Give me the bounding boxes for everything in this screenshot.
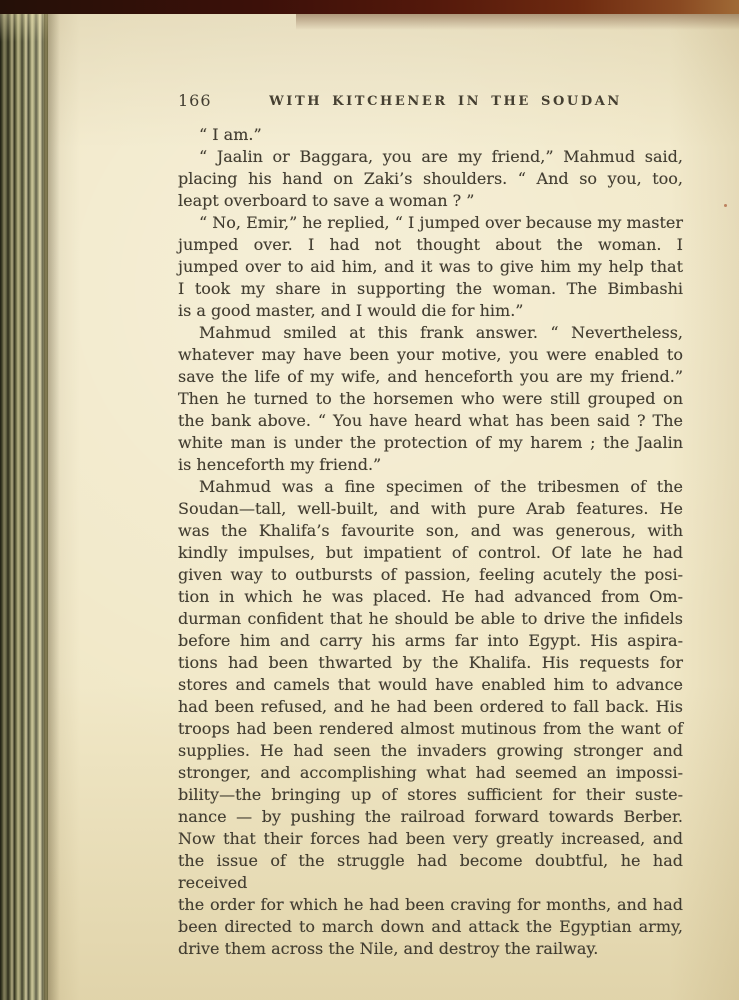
text-line: stronger, and accomplishing what had see… (178, 762, 683, 784)
text-line: troops had been rendered almost mutinous… (178, 718, 683, 740)
text-line: Mahmud smiled at this frank answer. “ Ne… (178, 322, 683, 344)
text-block: “ I am.”“ Jaalin or Baggara, you are my … (178, 124, 683, 960)
text-line: supplies. He had seen the invaders growi… (178, 740, 683, 762)
text-line: leapt overboard to save a woman ? ” (178, 190, 683, 212)
text-line: Mahmud was a fine specimen of the tribes… (178, 476, 683, 498)
text-line: is henceforth my friend.” (178, 454, 683, 476)
text-line: nance — by pushing the railroad forward … (178, 806, 683, 828)
text-line: tions had been thwarted by the Khalifa. … (178, 652, 683, 674)
text-line: “ Jaalin or Baggara, you are my friend,”… (178, 146, 683, 168)
cover-shadow (296, 14, 739, 30)
running-title: WITH KITCHENER IN THE SOUDAN (208, 94, 683, 109)
text-line: white man is under the protection of my … (178, 432, 683, 454)
text-line: Then he turned to the horsemen who were … (178, 388, 683, 410)
text-line: kindly impulses, but impatient of contro… (178, 542, 683, 564)
text-line: jumped over. I had not thought about the… (178, 234, 683, 256)
text-line: before him and carry his arms far into E… (178, 630, 683, 652)
text-line: drive them across the Nile, and destroy … (178, 938, 683, 960)
text-line: was the Khalifa’s favourite son, and was… (178, 520, 683, 542)
text-line: stores and camels that would have enable… (178, 674, 683, 696)
text-line: “ I am.” (178, 124, 683, 146)
dust-speck (724, 204, 727, 207)
text-line: been directed to march down and attack t… (178, 916, 683, 938)
text-line: tion in which he was placed. He had adva… (178, 586, 683, 608)
text-line: is a good master, and I would die for hi… (178, 300, 683, 322)
text-line: the order for which he had been craving … (178, 894, 683, 916)
book-cover-top-edge (0, 0, 739, 14)
text-line: given way to outbursts of passion, feeli… (178, 564, 683, 586)
page-number: 166 (178, 92, 212, 109)
page-edges-stack (0, 0, 48, 1000)
text-line: “ No, Emir,” he replied, “ I jumped over… (178, 212, 683, 234)
text-line: placing his hand on Zaki’s shoulders. “ … (178, 168, 683, 190)
text-line: had been refused, and he had been ordere… (178, 696, 683, 718)
text-line: Soudan—tall, well-built, and with pure A… (178, 498, 683, 520)
page-content: 166 WITH KITCHENER IN THE SOUDAN “ I am.… (178, 92, 683, 960)
text-line: the issue of the struggle had become dou… (178, 850, 683, 894)
text-line: I took my share in supporting the woman.… (178, 278, 683, 300)
book-photo: 166 WITH KITCHENER IN THE SOUDAN “ I am.… (0, 0, 739, 1000)
text-line: whatever may have been your motive, you … (178, 344, 683, 366)
text-line: save the life of my wife, and henceforth… (178, 366, 683, 388)
text-line: jumped over to aid him, and it was to gi… (178, 256, 683, 278)
text-line: Now that their forces had been very grea… (178, 828, 683, 850)
text-line: the bank above. “ You have heard what ha… (178, 410, 683, 432)
text-line: bility—the bringing up of stores suffici… (178, 784, 683, 806)
text-line: durman confident that he should be able … (178, 608, 683, 630)
page-header: 166 WITH KITCHENER IN THE SOUDAN (178, 92, 683, 109)
gutter-shadow (44, 10, 60, 1000)
